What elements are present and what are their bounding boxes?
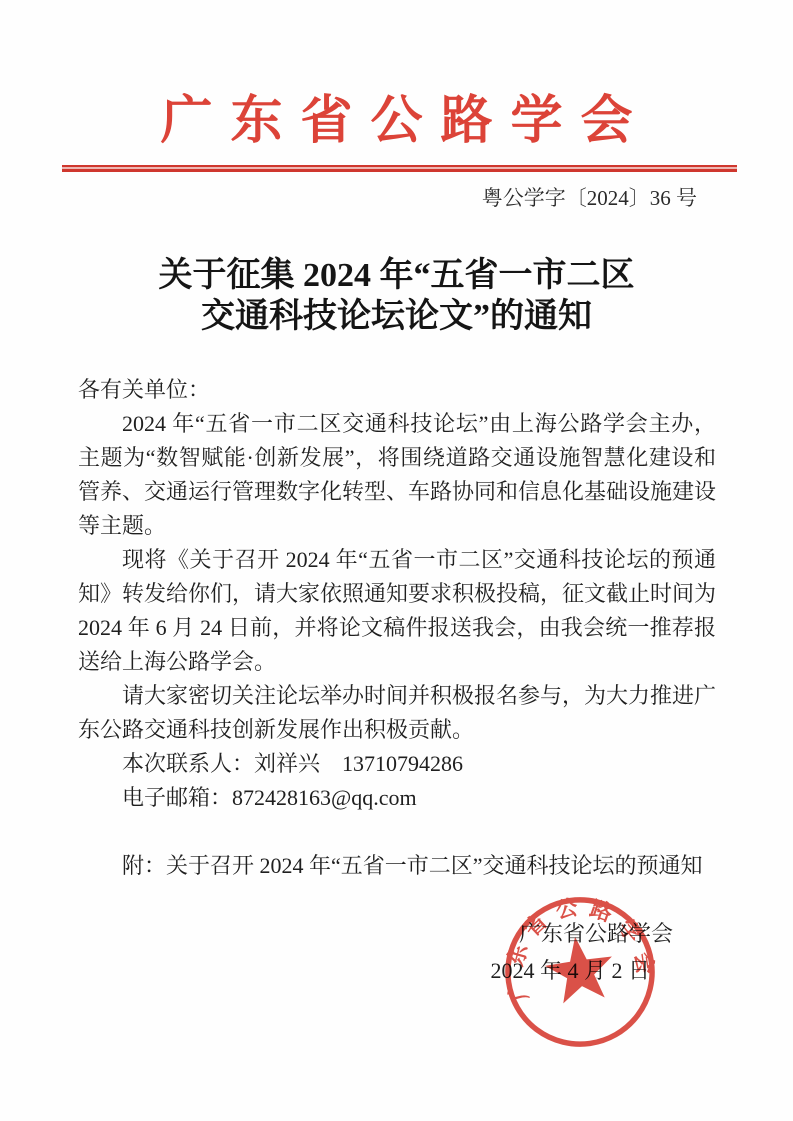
body-paragraph-2: 现将《关于召开 2024 年“五省一市二区”交通科技论坛的预通知》转发给你们，请… [78,543,716,679]
document-title-line-2: 交通科技论坛论文”的通知 [0,296,793,337]
salutation: 各有关单位： [78,373,716,407]
letterhead-divider-rule [62,165,737,172]
letterhead-org-name: 广东省公路学会 [0,0,793,152]
signature-date: 2024 年 4 月 2 日 [78,952,716,989]
body-paragraph-1: 2024 年“五省一市二区交通科技论坛”由上海公路学会主办，主题为“数智赋能·创… [78,407,716,543]
signature-org-name: 广东省公路学会 [78,915,716,952]
document-title: 关于征集 2024 年“五省一市二区 交通科技论坛论文”的通知 [0,255,793,337]
attachment-note: 附：关于召开 2024 年“五省一市二区”交通科技论坛的预通知 [78,849,716,883]
document-reference-number: 粤公学字〔2024〕36 号 [0,185,697,211]
document-body: 各有关单位： 2024 年“五省一市二区交通科技论坛”由上海公路学会主办，主题为… [0,373,793,989]
contact-person-line: 本次联系人：刘祥兴 13710794286 [78,747,716,781]
contact-email-line: 电子邮箱：872428163@qq.com [78,781,716,815]
scanned-notice-page: 广东省公路学会 粤公学字〔2024〕36 号 关于征集 2024 年“五省一市二… [0,0,793,1121]
signature-block: 广东省公路学会 2024 年 4 月 2 日 [78,915,716,989]
document-title-line-1: 关于征集 2024 年“五省一市二区 [0,255,793,296]
body-paragraph-3: 请大家密切关注论坛举办时间并积极报名参与，为大力推进广东公路交通科技创新发展作出… [78,679,716,747]
